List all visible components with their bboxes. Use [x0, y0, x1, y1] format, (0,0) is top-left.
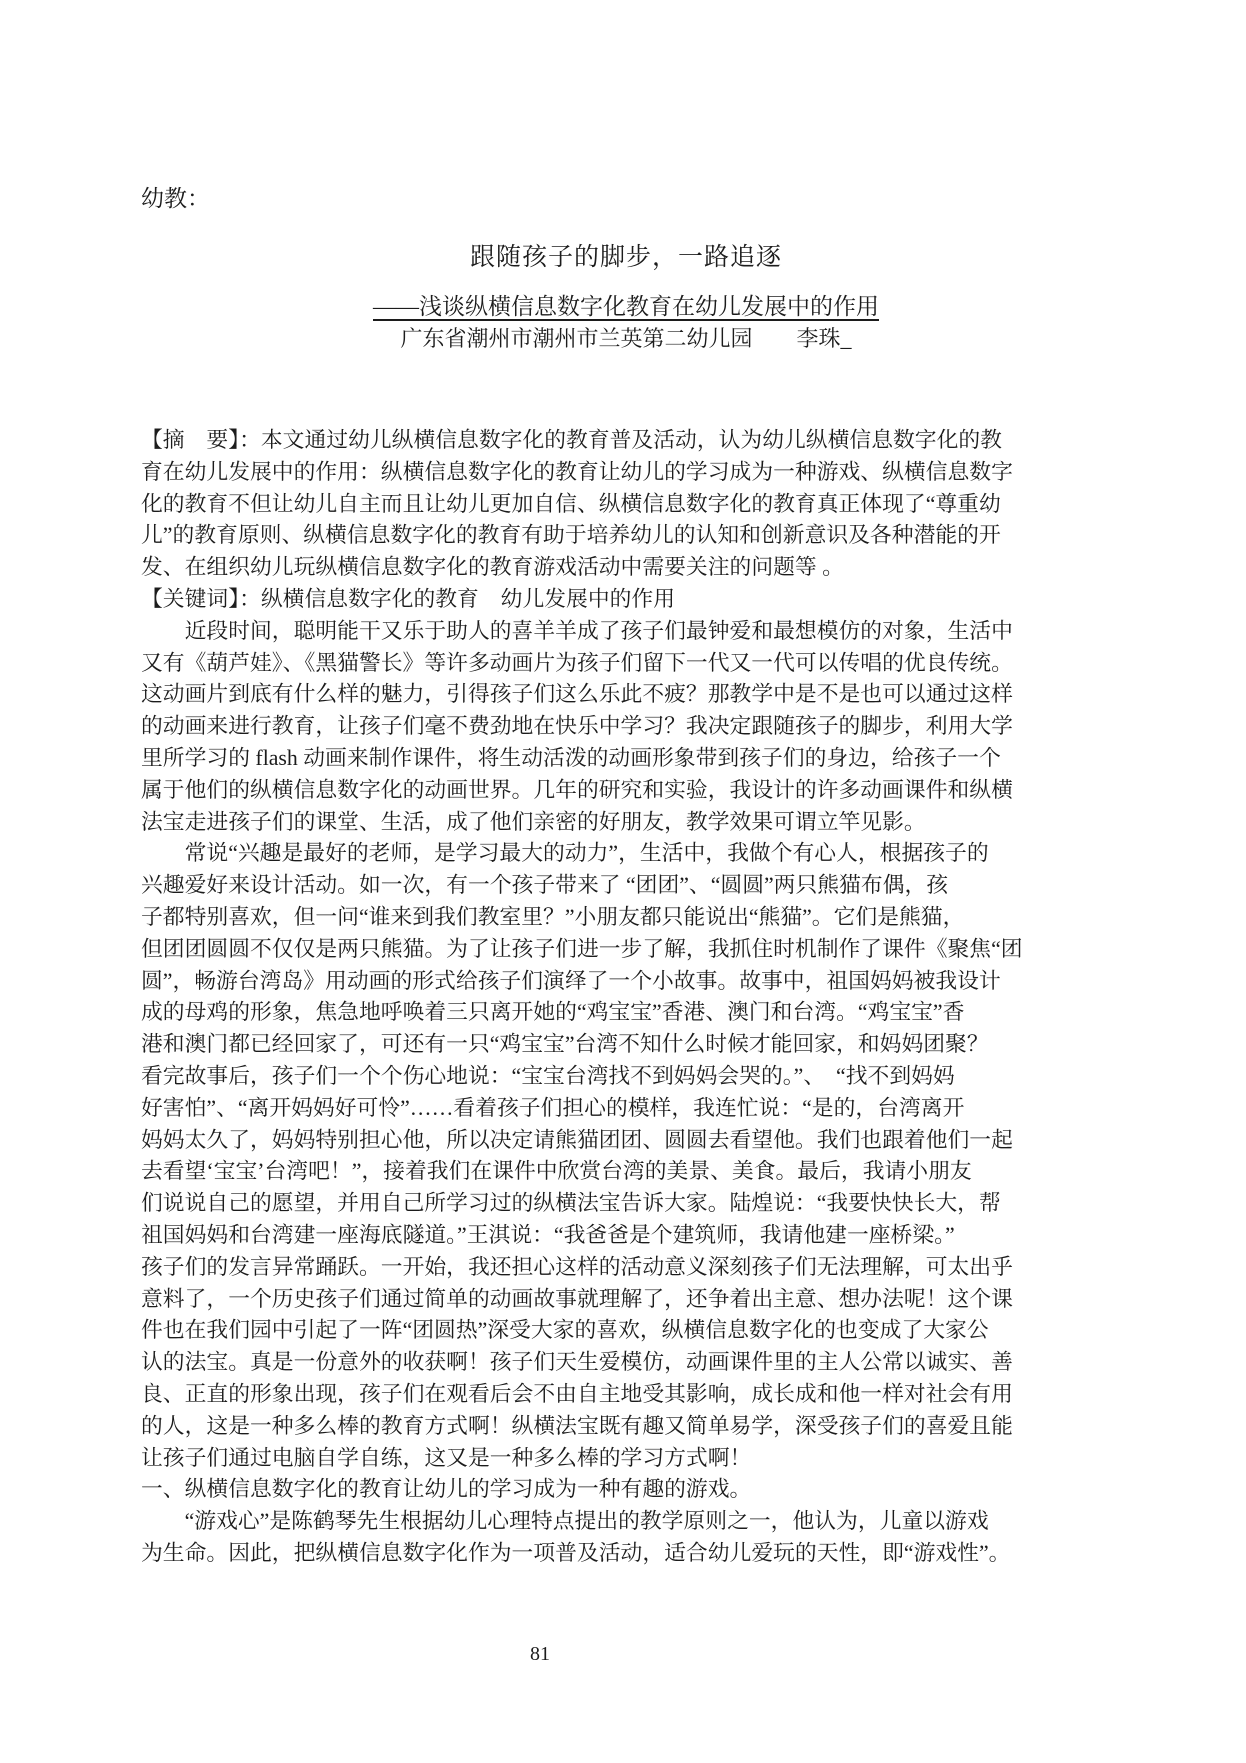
page-title: 跟随孩子的脚步，一路追逐 [141, 241, 1111, 275]
text-line: 但团团圆圆不仅仅是两只熊猫。为了让孩子们进一步了解，我抓住时机制作了课件《聚焦“… [141, 934, 1111, 966]
text-line: 【摘 要】：本文通过幼儿纵横信息数字化的教育普及活动，认为幼儿纵横信息数字化的教 [141, 425, 1111, 457]
text-line: 成的母鸡的形象，焦急地呼唤着三只离开她的“鸡宝宝”香港、澳门和台湾。“鸡宝宝”香 [141, 997, 1111, 1029]
body-paragraph-3: “游戏心”是陈鹤琴先生根据幼儿心理特点提出的教学原则之一，他认为，儿童以游戏为生… [141, 1506, 1111, 1570]
text-line: 认的法宝。真是一份意外的收获啊！孩子们天生爱模仿，动画课件里的主人公常以诚实、善 [141, 1347, 1111, 1379]
keywords-line: 【关键词】：纵横信息数字化的教育 幼儿发展中的作用 [141, 584, 1111, 616]
text-line: 发、在组织幼儿玩纵横信息数字化的教育游戏活动中需要关注的问题等 。 [141, 552, 1111, 584]
text-line: 们说说自己的愿望，并用自己所学习过的纵横法宝告诉大家。陆煌说：“我要快快长大，帮 [141, 1188, 1111, 1220]
text-line: 圆”，畅游台湾岛》用动画的形式给孩子们演绎了一个小故事。故事中，祖国妈妈被我设计 [141, 966, 1111, 998]
text-line: 里所学习的 flash 动画来制作课件，将生动活泼的动画形象带到孩子们的身边，给… [141, 743, 1111, 775]
abstract-paragraph: 【摘 要】：本文通过幼儿纵横信息数字化的教育普及活动，认为幼儿纵横信息数字化的教… [141, 425, 1111, 584]
text-line: 意料了，一个历史孩子们通过简单的动画故事就理解了，还争着出主意、想办法呢！这个课 [141, 1284, 1111, 1316]
text-line: 的人，这是一种多么棒的教育方式啊！纵横法宝既有趣又简单易学，深受孩子们的喜爱且能 [141, 1411, 1111, 1443]
text-line: 儿”的教育原则、纵横信息数字化的教育有助于培养幼儿的认知和创新意识及各种潜能的开 [141, 520, 1111, 552]
text-line: 育在幼儿发展中的作用：纵横信息数字化的教育让幼儿的学习成为一种游戏、纵横信息数字 [141, 457, 1111, 489]
text-line: 祖国妈妈和台湾建一座海底隧道。”王淇说：“我爸爸是个建筑师，我请他建一座桥梁。” [141, 1220, 1111, 1252]
text-line: 港和澳门都已经回家了，可还有一只“鸡宝宝”台湾不知什么时候才能回家，和妈妈团聚？ [141, 1029, 1111, 1061]
document-content: 幼教： 跟随孩子的脚步，一路追逐 ——浅谈纵横信息数字化教育在幼儿发展中的作用 … [141, 183, 1111, 1570]
text-line: 常说“兴趣是最好的老师，是学习最大的动力”，生活中，我做个有心人，根据孩子的 [141, 838, 1111, 870]
text-line: 子都特别喜欢，但一问“谁来到我们教室里？”小朋友都只能说出“熊猫”。它们是熊猫， [141, 902, 1111, 934]
text-line: 看完故事后，孩子们一个个伤心地说：“宝宝台湾找不到妈妈会哭的。”、 “找不到妈妈 [141, 1061, 1111, 1093]
document-page: 幼教： 跟随孩子的脚步，一路追逐 ——浅谈纵横信息数字化教育在幼儿发展中的作用 … [0, 0, 1246, 1763]
text-line: 属于他们的纵横信息数字化的动画世界。几年的研究和实验，我设计的许多动画课件和纵横 [141, 775, 1111, 807]
body-paragraph-2: 常说“兴趣是最好的老师，是学习最大的动力”，生活中，我做个有心人，根据孩子的兴趣… [141, 838, 1111, 1474]
text-line: 良、正直的形象出现，孩子们在观看后会不由自主地受其影响，成长成和他一样对社会有用 [141, 1379, 1111, 1411]
text-line: 妈妈太久了，妈妈特别担心他，所以决定请熊猫团团、圆圆去看望他。我们也跟着他们一起 [141, 1125, 1111, 1157]
text-line: 法宝走进孩子们的课堂、生活，成了他们亲密的好朋友，教学效果可谓立竿见影。 [141, 807, 1111, 839]
text-line: 好害怕”、“离开妈妈好可怜”……看着孩子们担心的模样，我连忙说：“是的，台湾离开 [141, 1093, 1111, 1125]
text-line: 孩子们的发言异常踊跃。一开始，我还担心这样的活动意义深刻孩子们无法理解，可太出乎 [141, 1252, 1111, 1284]
text-line: 让孩子们通过电脑自学自练，这又是一种多么棒的学习方式啊！ [141, 1443, 1111, 1475]
text-line: 为生命。因此，把纵横信息数字化作为一项普及活动，适合幼儿爱玩的天性，即“游戏性”… [141, 1538, 1111, 1570]
body-paragraph-1: 近段时间，聪明能干又乐于助人的喜羊羊成了孩子们最钟爱和最想模仿的对象，生活中又有… [141, 616, 1111, 839]
text-line: 这动画片到底有什么样的魅力，引得孩子们这么乐此不疲？那教学中是不是也可以通过这样 [141, 679, 1111, 711]
text-line: 又有《葫芦娃》、《黑猫警长》等许多动画片为孩子们留下一代又一代可以传唱的优良传统… [141, 648, 1111, 680]
text-line: 兴趣爱好来设计活动。如一次，有一个孩子带来了 “团团”、“圆圆”两只熊猫布偶，孩 [141, 870, 1111, 902]
affiliation-author: 广东省潮州市潮州市兰英第二幼儿园 李珠_ [141, 323, 1111, 355]
category-label: 幼教： [141, 183, 1111, 215]
text-line: “游戏心”是陈鹤琴先生根据幼儿心理特点提出的教学原则之一，他认为，儿童以游戏 [141, 1506, 1111, 1538]
text-line: 近段时间，聪明能干又乐于助人的喜羊羊成了孩子们最钟爱和最想模仿的对象，生活中 [141, 616, 1111, 648]
section-heading: 一、纵横信息数字化的教育让幼儿的学习成为一种有趣的游戏。 [141, 1474, 1111, 1506]
text-line: 去看望‘宝宝’台湾吧！”，接着我们在课件中欣赏台湾的美景、美食。最后，我请小朋友 [141, 1156, 1111, 1188]
text-line: 的动画来进行教育，让孩子们毫不费劲地在快乐中学习？我决定跟随孩子的脚步，利用大学 [141, 711, 1111, 743]
text-line: 件也在我们园中引起了一阵“团圆热”深受大家的喜欢，纵横信息数字化的也变成了大家公 [141, 1315, 1111, 1347]
text-line: 化的教育不但让幼儿自主而且让幼儿更加自信、纵横信息数字化的教育真正体现了“尊重幼 [141, 489, 1111, 521]
page-subtitle: ——浅谈纵横信息数字化教育在幼儿发展中的作用 [141, 291, 1111, 323]
page-number: 81 [500, 1643, 580, 1666]
